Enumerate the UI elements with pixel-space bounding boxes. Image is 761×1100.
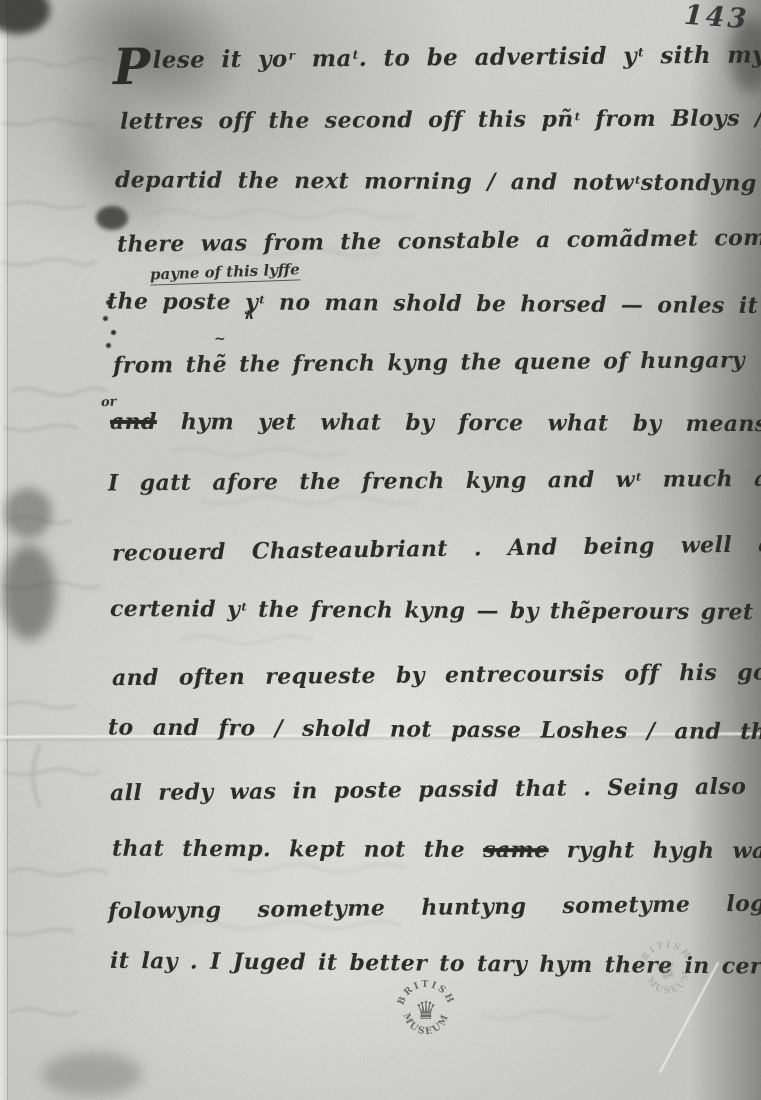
manuscript-text-part: the poste y xyxy=(107,288,258,315)
insertion-caret: ∧ xyxy=(243,305,255,323)
manuscript-text-part: P xyxy=(113,38,151,96)
manuscript-text-part: from Bloys / I xyxy=(580,105,761,132)
struck-out-word: and xyxy=(110,409,157,435)
manuscript-text-part: recouerd Chasteaubriant . And being well… xyxy=(112,531,761,566)
manuscript-text-part: certenid y xyxy=(110,596,240,623)
manuscript-photo-page: 143 Plese it yor mat. to be advertisid y… xyxy=(0,0,761,1100)
manuscript-text-part: from thẽ the french kyng the quene of hu… xyxy=(113,347,745,379)
smudge-bottom-left xyxy=(42,1052,142,1096)
manuscript-text-part: ma xyxy=(295,45,352,72)
struck-out-word: same xyxy=(483,837,549,863)
manuscript-line: lettres off the second off this pñt from… xyxy=(120,105,761,135)
interlinear-or: or xyxy=(101,395,117,411)
manuscript-text-part: sith my last xyxy=(644,41,761,70)
folio-number: 143 xyxy=(683,0,750,35)
manuscript-line: from thẽ the french kyng the quene of hu… xyxy=(113,347,745,379)
ink-blot-left-margin xyxy=(96,206,128,230)
manuscript-text-part: stondyng that xyxy=(641,170,761,197)
smudge-left-edge-lower xyxy=(2,545,56,640)
manuscript-line: that themp. kept not the same ryght hygh… xyxy=(112,836,761,865)
manuscript-line: and hym yet what by force what by means xyxy=(110,409,761,437)
interlinear-insertion: payne of this lyffe xyxy=(150,260,300,285)
manuscript-text-part: and often requeste by entrecoursis off h… xyxy=(112,659,761,691)
manuscript-text-part: . to be advertisid y xyxy=(359,43,638,72)
manuscript-line: the poste yt no man shold be horsed — on… xyxy=(107,288,761,319)
abbreviation-mark: ~ xyxy=(214,331,226,347)
photo-left-edge-strip xyxy=(0,0,8,1100)
manuscript-line: Plese it yor mat. to be advertisid yt si… xyxy=(113,41,761,74)
manuscript-text-part: departid the next morning / and notw xyxy=(115,167,634,196)
manuscript-text-part: folowyng sometyme huntyng sometyme logyn… xyxy=(108,889,761,924)
manuscript-line: departid the next morning / and notwtsto… xyxy=(115,167,761,197)
manuscript-line: to and fro / shold not passe Loshes / an… xyxy=(108,715,761,746)
manuscript-text-part: the french kyng — by thẽperours gret Ins… xyxy=(247,597,761,626)
manuscript-line: folowyng sometyme huntyng sometyme logyn… xyxy=(108,889,761,924)
manuscript-line: certenid yt the french kyng — by thẽpero… xyxy=(110,596,761,626)
manuscript-text-part: I gatt afore the french kyng and w xyxy=(108,467,635,497)
manuscript-text-part: there was from the constable a comãdmet … xyxy=(117,224,761,257)
manuscript-text-part: to and fro / shold not passe Loshes / an… xyxy=(108,715,761,746)
manuscript-line: recouerd Chasteaubriant . And being well… xyxy=(112,531,761,566)
british-museum-stamp: BRITISH MUSEUM ♛ xyxy=(396,979,456,1043)
smudge-left-edge-mid xyxy=(4,488,52,538)
manuscript-text-part: no man shold be horsed — onles it were xyxy=(265,290,761,320)
manuscript-text-part: lettres off the second off this pñ xyxy=(120,106,574,134)
manuscript-line: and often requeste by entrecoursis off h… xyxy=(112,659,761,691)
manuscript-text-part: hym yet what by force what by means xyxy=(157,409,761,437)
manuscript-text-part: that themp. kept not the xyxy=(112,836,483,863)
manuscript-text-part: much a do xyxy=(642,466,761,493)
manuscript-text-part: all redy was in poste passid that . Sein… xyxy=(110,774,747,807)
manuscript-line: I gatt afore the french kyng and wt much… xyxy=(108,466,761,497)
manuscript-line: all redy was in poste passid that . Sein… xyxy=(110,774,747,807)
stamp-crown-icon: ♛ xyxy=(415,996,437,1025)
manuscript-text-part: lese it yo xyxy=(152,46,287,74)
manuscript-line: there was from the constable a comãdmet … xyxy=(117,224,761,257)
manuscript-text-part: ryght hygh way but xyxy=(549,837,761,864)
